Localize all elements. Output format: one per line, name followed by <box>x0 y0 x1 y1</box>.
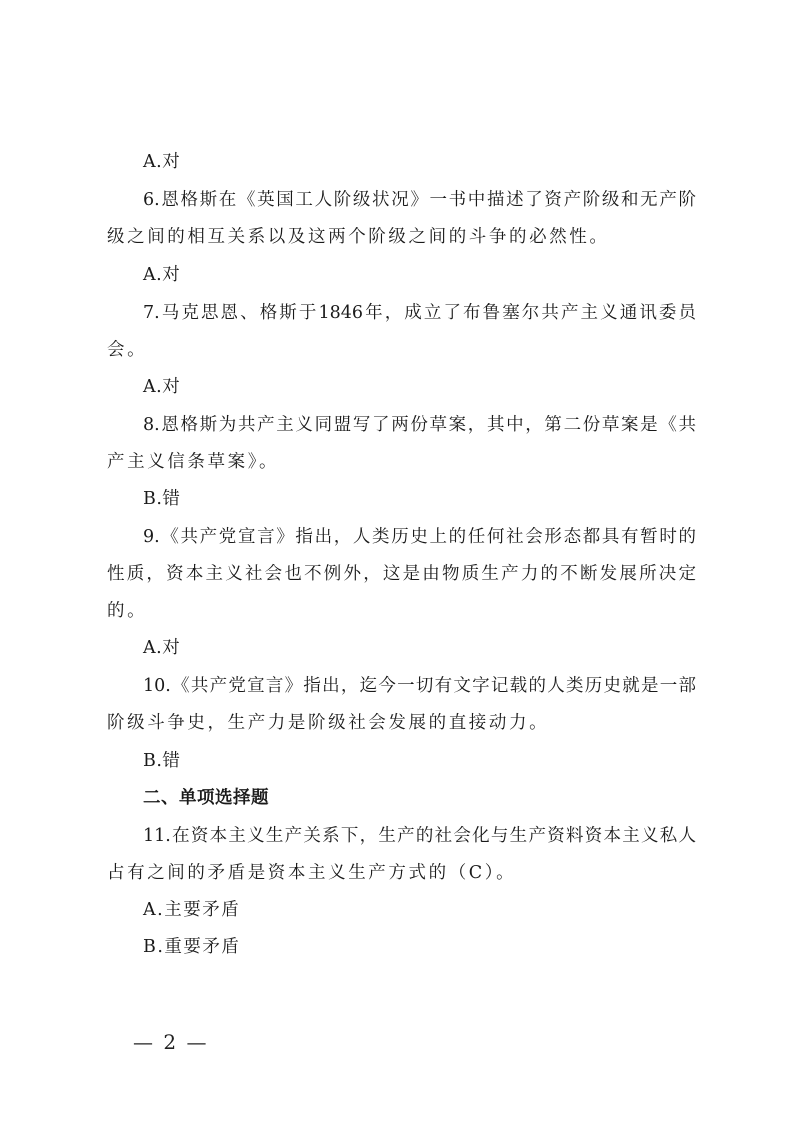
answer-q5: A.对 <box>143 150 733 174</box>
question-11-cont: 占有之间的矛盾是资本主义生产方式的（C）。 <box>107 861 697 885</box>
question-9-cont: 性质，资本主义社会也不例外，这是由物质生产力的不断发展所决定 <box>107 562 696 586</box>
question-8-cont: 产主义信条草案》。 <box>107 450 697 474</box>
question-8: 8.恩格斯为共产主义同盟写了两份草案，其中，第二份草案是《共 <box>143 413 696 437</box>
answer-q9: A.对 <box>143 636 733 660</box>
option-b: B.重要矛盾 <box>143 935 733 959</box>
section-heading: 二、单项选择题 <box>143 786 733 810</box>
answer-q6: A.对 <box>143 263 733 287</box>
question-9-cont2: 的。 <box>107 599 697 623</box>
answer-q7: A.对 <box>143 375 733 399</box>
option-a: A.主要矛盾 <box>143 898 733 922</box>
question-7: 7.马克思恩、格斯于1846年，成立了布鲁塞尔共产主义通讯委员 <box>143 301 696 325</box>
page-number: — 2 — <box>133 1030 208 1054</box>
question-10-cont: 阶级斗争史，生产力是阶级社会发展的直接动力。 <box>107 711 697 735</box>
answer-q8: B.错 <box>143 487 733 511</box>
question-10: 10.《共产党宣言》指出，迄今一切有文字记载的人类历史就是一部 <box>143 674 696 698</box>
question-9: 9.《共产党宣言》指出，人类历史上的任何社会形态都具有暂时的 <box>143 525 696 549</box>
question-6-cont: 级之间的相互关系以及这两个阶级之间的斗争的必然性。 <box>107 225 697 249</box>
question-7-cont: 会。 <box>107 338 697 362</box>
question-11: 11.在资本主义生产关系下，生产的社会化与生产资料资本主义私人 <box>143 824 696 848</box>
question-6: 6.恩格斯在《英国工人阶级状况》一书中描述了资产阶级和无产阶 <box>143 188 696 212</box>
answer-q10: B.错 <box>143 749 733 773</box>
document-page: A.对 6.恩格斯在《英国工人阶级状况》一书中描述了资产阶级和无产阶 级之间的相… <box>0 0 794 1122</box>
